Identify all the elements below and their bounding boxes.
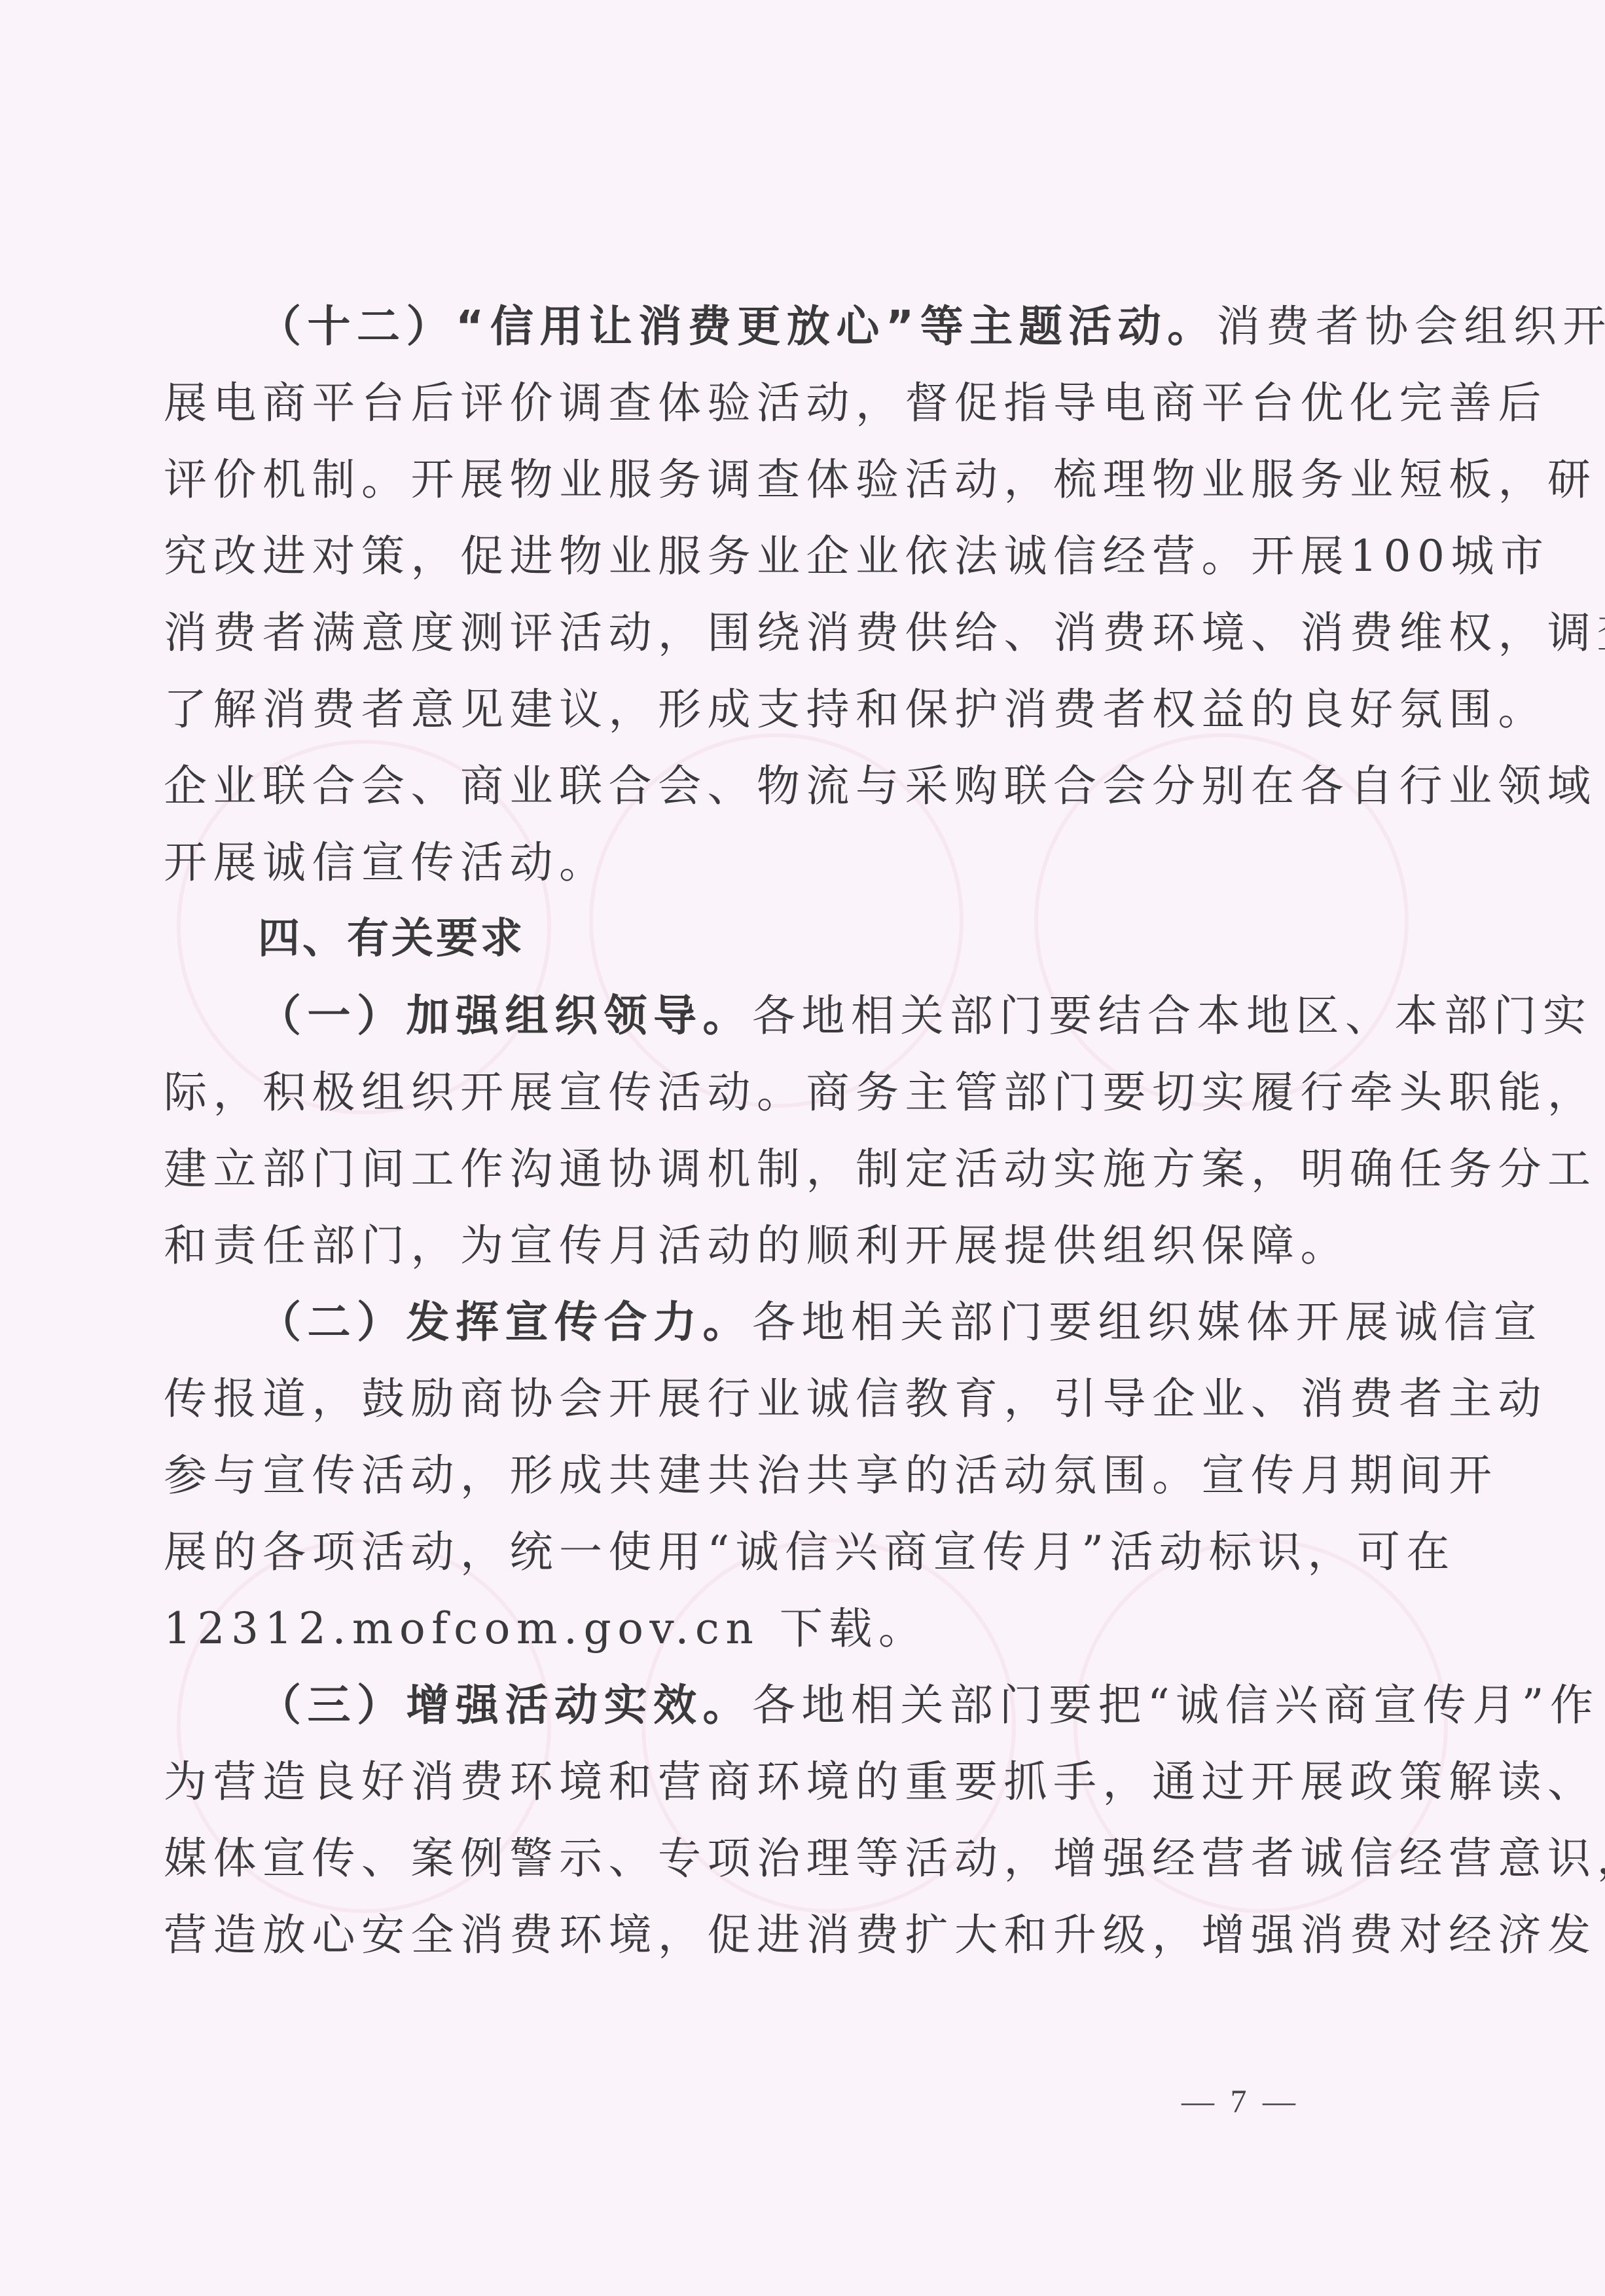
paragraph-line: 参与宣传活动，形成共建共治共享的活动氛围。宣传月期间开 — [164, 1437, 1388, 1514]
paragraph-lead: （十二）“信用让消费更放心”等主题活动。 — [258, 301, 1217, 352]
paragraph-line: 媒体宣传、案例警示、专项治理等活动，增强经营者诚信经营意识， — [164, 1820, 1388, 1897]
paragraph-lead: （三）增强活动实效。 — [258, 1680, 752, 1730]
page-number: — 7 — — [1181, 2082, 1299, 2120]
paragraph-line: 传报道，鼓励商协会开展行业诚信教育，引导企业、消费者主动 — [164, 1360, 1388, 1437]
paragraph-lead: （二）发挥宣传合力。 — [258, 1297, 752, 1347]
document-body: （十二）“信用让消费更放心”等主题活动。消费者协会组织开 展电商平台后评价调查体… — [164, 288, 1388, 1973]
download-url-line: 12312.mofcom.gov.cn 下载。 — [164, 1590, 1388, 1667]
paragraph-line: 展的各项活动，统一使用“诚信兴商宣传月”活动标识，可在 — [164, 1514, 1388, 1590]
paragraph-line: 际，积极组织开展宣传活动。商务主管部门要切实履行牵头职能， — [164, 1054, 1388, 1131]
paragraph-line: 建立部门间工作沟通协调机制，制定活动实施方案，明确任务分工 — [164, 1131, 1388, 1207]
paragraph-line: 展电商平台后评价调查体验活动，督促指导电商平台优化完善后 — [164, 365, 1388, 441]
paragraph-line: 企业联合会、商业联合会、物流与采购联合会分别在各自行业领域 — [164, 748, 1388, 824]
paragraph-line: 开展诚信宣传活动。 — [164, 824, 1388, 901]
paragraph-line: （二）发挥宣传合力。各地相关部门要组织媒体开展诚信宣 — [164, 1284, 1388, 1360]
paragraph-lead: （一）加强组织领导。 — [258, 991, 752, 1041]
requirement-item-1: （一）加强组织领导。各地相关部门要结合本地区、本部门实 际，积极组织开展宣传活动… — [164, 977, 1388, 1284]
paragraph-line: 和责任部门，为宣传月活动的顺利开展提供组织保障。 — [164, 1207, 1388, 1284]
requirement-item-2: （二）发挥宣传合力。各地相关部门要组织媒体开展诚信宣 传报道，鼓励商协会开展行业… — [164, 1284, 1388, 1667]
paragraph-line: 消费者满意度测评活动，围绕消费供给、消费环境、消费维权，调查 — [164, 594, 1388, 671]
paragraph-item-12: （十二）“信用让消费更放心”等主题活动。消费者协会组织开 展电商平台后评价调查体… — [164, 288, 1388, 901]
paragraph-line: （十二）“信用让消费更放心”等主题活动。消费者协会组织开 — [164, 288, 1388, 365]
section-heading: 四、有关要求 — [164, 901, 1388, 977]
paragraph-line: （三）增强活动实效。各地相关部门要把“诚信兴商宣传月”作 — [164, 1667, 1388, 1743]
paragraph-line: 为营造良好消费环境和营商环境的重要抓手，通过开展政策解读、 — [164, 1743, 1388, 1820]
paragraph-line: （一）加强组织领导。各地相关部门要结合本地区、本部门实 — [164, 977, 1388, 1054]
requirement-item-3: （三）增强活动实效。各地相关部门要把“诚信兴商宣传月”作 为营造良好消费环境和营… — [164, 1667, 1388, 1973]
paragraph-line: 营造放心安全消费环境，促进消费扩大和升级，增强消费对经济发 — [164, 1897, 1388, 1973]
paragraph-line: 究改进对策，促进物业服务业企业依法诚信经营。开展100城市 — [164, 518, 1388, 594]
paragraph-line: 评价机制。开展物业服务调查体验活动，梳理物业服务业短板，研 — [164, 441, 1388, 518]
paragraph-line: 了解消费者意见建议，形成支持和保护消费者权益的良好氛围。 — [164, 671, 1388, 748]
